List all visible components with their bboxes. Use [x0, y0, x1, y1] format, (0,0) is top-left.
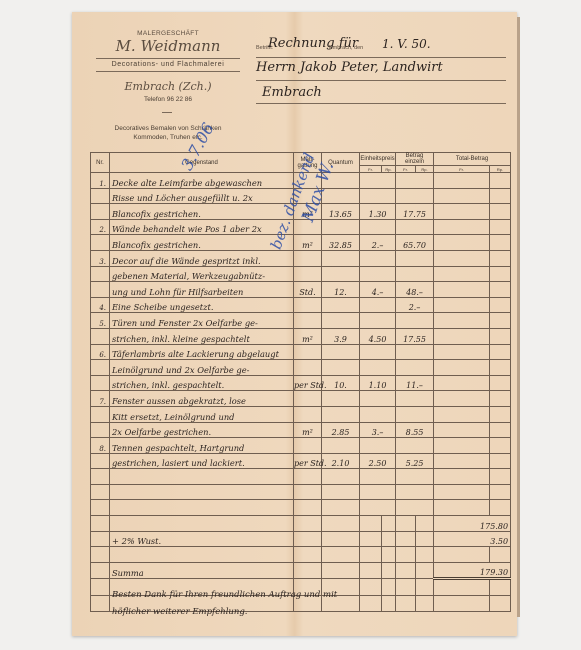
quantity [322, 266, 360, 282]
line-amount: 65.70 [396, 235, 434, 251]
divider [162, 112, 172, 113]
item-description: Leinölgrund und 2x Oelfarbe ge- [110, 360, 294, 376]
table-row: 3.Decor auf die Wände gespritzt inkl. [91, 250, 511, 266]
unit-price [360, 188, 396, 204]
table-row: 7.Fenster aussen abgekratzt, lose [91, 391, 511, 407]
quantity: 10. [322, 375, 360, 391]
unit-type [294, 438, 322, 454]
header-rp: Rp. [416, 166, 434, 173]
line-amount: 11.– [396, 375, 434, 391]
line [256, 103, 506, 104]
total-rp [490, 328, 511, 344]
item-description: Kitt ersetzt, Leinölgrund und [110, 406, 294, 422]
item-description: Täferlambris alte Lackierung abgelaugt [110, 344, 294, 360]
quantity [322, 500, 360, 516]
total-fr [434, 360, 490, 376]
total-fr [434, 438, 490, 454]
row-number [91, 500, 110, 516]
row-number: 1. [91, 173, 110, 189]
total-rp [490, 469, 511, 485]
total-fr [434, 266, 490, 282]
item-description [110, 484, 294, 500]
row-number: 8. [91, 438, 110, 454]
unit-price [360, 219, 396, 235]
quantity: 3.9 [322, 328, 360, 344]
total-rp [490, 235, 511, 251]
place-label: Embrach, den [329, 45, 363, 51]
total-rp [490, 500, 511, 516]
quantity: 2.85 [322, 422, 360, 438]
letterhead-trade: MALERGESCHÄFT [113, 30, 223, 37]
unit-type: m² [294, 235, 322, 251]
invoice-date: 1. V. 50. [382, 37, 431, 51]
unit-price [360, 484, 396, 500]
tax-value: 3.50 [434, 531, 511, 547]
unit-price [360, 438, 396, 454]
total-rp [490, 406, 511, 422]
item-description: Wände behandelt wie Pos 1 aber 2x [110, 219, 294, 235]
total-fr [434, 328, 490, 344]
total-rp [490, 188, 511, 204]
item-description: gestrichen, lasiert und lackiert. [110, 453, 294, 469]
unit-price [360, 500, 396, 516]
unit-price [360, 250, 396, 266]
line-amount [396, 344, 434, 360]
table-row: 6.Täferlambris alte Lackierung abgelaugt [91, 344, 511, 360]
unit-type [294, 406, 322, 422]
total-rp [490, 250, 511, 266]
quantity: 13.65 [322, 204, 360, 220]
total-fr [434, 484, 490, 500]
line [256, 80, 506, 81]
unit-type: m² [294, 422, 322, 438]
subtotal-row: 175.80 [91, 516, 511, 532]
line-amount: 5.25 [396, 453, 434, 469]
letterhead-city: Embrach (Zch.) [88, 80, 248, 93]
table-row: strichen, inkl. kleine gespachteltm²3.94… [91, 328, 511, 344]
row-number [91, 406, 110, 422]
item-description: Fenster aussen abgekratzt, lose [110, 391, 294, 407]
quantity [322, 391, 360, 407]
table-row: 8.Tennen gespachtelt, Hartgrund [91, 438, 511, 454]
line-amount [396, 313, 434, 329]
quantity: 2.10 [322, 453, 360, 469]
total-fr [434, 391, 490, 407]
item-description [110, 500, 294, 516]
unit-type [294, 297, 322, 313]
total-fr [434, 235, 490, 251]
total-fr [434, 188, 490, 204]
unit-type [294, 469, 322, 485]
letterhead-subtitle: Decorations- und Flachmalerei [88, 61, 248, 68]
item-description: Tennen gespachtelt, Hartgrund [110, 438, 294, 454]
row-number [91, 266, 110, 282]
unit-price [360, 173, 396, 189]
line-amount [396, 219, 434, 235]
row-number [91, 360, 110, 376]
line [256, 57, 506, 58]
unit-price: 4.– [360, 282, 396, 298]
line-amount [396, 500, 434, 516]
unit-type [294, 360, 322, 376]
total-fr [434, 219, 490, 235]
line-amount: 48.– [396, 282, 434, 298]
unit-type [294, 250, 322, 266]
total-rp [490, 313, 511, 329]
total-rp [490, 219, 511, 235]
item-description: 2x Oelfarbe gestrichen. [110, 422, 294, 438]
invoice-table: Nr. Gegenstand Maß-gattung Quantum Einhe… [90, 152, 511, 612]
tax-row: + 2% Wust. 3.50 [91, 531, 511, 547]
unit-price: 2.50 [360, 453, 396, 469]
total-rp [490, 391, 511, 407]
total-fr [434, 173, 490, 189]
table-row: strichen, inkl. gespachtelt.per Std.10.1… [91, 375, 511, 391]
row-number: 3. [91, 250, 110, 266]
header-unit-price: Einheitspreis [360, 153, 396, 166]
item-description: Türen und Fenster 2x Oelfarbe ge- [110, 313, 294, 329]
footer-line-1: Besten Dank für Ihren freundlichen Auftr… [112, 590, 337, 600]
quantity [322, 360, 360, 376]
header-fr: Fr. [360, 166, 382, 173]
row-number: 4. [91, 297, 110, 313]
row-number [91, 375, 110, 391]
total-rp [490, 344, 511, 360]
specialty-line-2: Kommoden, Truhen etc. [88, 133, 248, 142]
item-description: Eine Scheibe ungesetzt. [110, 297, 294, 313]
invoice-sheet: MALERGESCHÄFT M. Weidmann Decorations- u… [72, 12, 517, 636]
item-description: Blancofix gestrichen. [110, 204, 294, 220]
line-amount [396, 484, 434, 500]
unit-price: 3.– [360, 422, 396, 438]
table-row: 5.Türen und Fenster 2x Oelfarbe ge- [91, 313, 511, 329]
unit-type [294, 344, 322, 360]
subtotal-value: 175.80 [434, 516, 511, 532]
total-fr [434, 453, 490, 469]
line-amount [396, 438, 434, 454]
footer-line-2: höflicher weiterer Empfehlung. [112, 607, 248, 617]
row-number [91, 235, 110, 251]
quantity [322, 250, 360, 266]
total-fr [434, 375, 490, 391]
row-number [91, 469, 110, 485]
table-row [91, 469, 511, 485]
unit-type: per Std. [294, 375, 322, 391]
item-description [110, 469, 294, 485]
total-rp [490, 173, 511, 189]
row-number: 6. [91, 344, 110, 360]
header-rp: Rp. [382, 166, 396, 173]
line-amount [396, 266, 434, 282]
row-number: 7. [91, 391, 110, 407]
quantity [322, 219, 360, 235]
header-amount: Betrag einzeln [396, 153, 434, 166]
line-amount: 17.55 [396, 328, 434, 344]
quantity [322, 297, 360, 313]
unit-price: 1.10 [360, 375, 396, 391]
line-amount [396, 406, 434, 422]
line-amount [396, 188, 434, 204]
header-rp: Rp. [490, 166, 511, 173]
specialty-line-1: Decoratives Bemalen von Schränken [88, 124, 248, 133]
unit-type [294, 500, 322, 516]
quantity [322, 438, 360, 454]
header-fr: Fr. [396, 166, 416, 173]
row-number [91, 484, 110, 500]
table-row: 2.Wände behandelt wie Pos 1 aber 2x [91, 219, 511, 235]
table-row: gestrichen, lasiert und lackiert.per Std… [91, 453, 511, 469]
divider [96, 58, 240, 59]
unit-price [360, 469, 396, 485]
total-rp [490, 204, 511, 220]
recipient-line-1: Herrn Jakob Peter, Landwirt [256, 60, 443, 75]
blank-row [91, 547, 511, 563]
total-rp [490, 297, 511, 313]
quantity [322, 313, 360, 329]
item-description: ung und Lohn für Hilfsarbeiten [110, 282, 294, 298]
row-number [91, 453, 110, 469]
unit-price [360, 297, 396, 313]
total-rp [490, 484, 511, 500]
line-amount: 8.55 [396, 422, 434, 438]
unit-price [360, 344, 396, 360]
total-fr [434, 406, 490, 422]
unit-price [360, 391, 396, 407]
table-row [91, 484, 511, 500]
unit-type [294, 391, 322, 407]
total-rp [490, 422, 511, 438]
total-rp [490, 282, 511, 298]
line-amount [396, 250, 434, 266]
item-description: gebenen Material, Werkzeugabnütz- [110, 266, 294, 282]
item-description: Risse und Löcher ausgefüllt u. 2x [110, 188, 294, 204]
unit-price: 4.50 [360, 328, 396, 344]
item-description: Blancofix gestrichen. [110, 235, 294, 251]
quantity [322, 469, 360, 485]
total-rp [490, 438, 511, 454]
table-row: Kitt ersetzt, Leinölgrund und [91, 406, 511, 422]
unit-price [360, 313, 396, 329]
sum-label: Summa [110, 562, 294, 579]
total-fr [434, 469, 490, 485]
header-fr: Fr. [434, 166, 490, 173]
quantity [322, 406, 360, 422]
table-row: gebenen Material, Werkzeugabnütz- [91, 266, 511, 282]
line-amount [396, 173, 434, 189]
line-amount: 17.75 [396, 204, 434, 220]
quantity [322, 484, 360, 500]
sum-row: Summa 179.30 [91, 562, 511, 579]
total-fr [434, 282, 490, 298]
total-fr [434, 344, 490, 360]
letterhead-specialty: Decoratives Bemalen von Schränken Kommod… [88, 124, 248, 142]
unit-type: Std. [294, 282, 322, 298]
total-fr [434, 250, 490, 266]
table-row: 2x Oelfarbe gestrichen.m²2.853.–8.55 [91, 422, 511, 438]
quantity: 12. [322, 282, 360, 298]
table-row: Leinölgrund und 2x Oelfarbe ge- [91, 360, 511, 376]
row-number [91, 422, 110, 438]
header-total: Total-Betrag [434, 153, 511, 166]
line-amount [396, 391, 434, 407]
tax-label: + 2% Wust. [110, 531, 294, 547]
row-number [91, 282, 110, 298]
item-description: Decor auf die Wände gespritzt inkl. [110, 250, 294, 266]
quantity: 32.85 [322, 235, 360, 251]
item-description: strichen, inkl. gespachtelt. [110, 375, 294, 391]
unit-price [360, 360, 396, 376]
recipient-line-2: Embrach [262, 85, 322, 100]
table-row [91, 500, 511, 516]
unit-price [360, 266, 396, 282]
total-fr [434, 313, 490, 329]
total-rp [490, 375, 511, 391]
row-number: 5. [91, 313, 110, 329]
total-fr [434, 500, 490, 516]
row-number [91, 204, 110, 220]
row-number [91, 328, 110, 344]
unit-type [294, 484, 322, 500]
item-description: strichen, inkl. kleine gespachtelt [110, 328, 294, 344]
table-row: Blancofix gestrichen.m²32.852.–65.70 [91, 235, 511, 251]
total-rp [490, 453, 511, 469]
unit-type [294, 266, 322, 282]
divider [96, 71, 240, 72]
unit-price: 2.– [360, 235, 396, 251]
unit-type: per Std. [294, 453, 322, 469]
sum-value: 179.30 [434, 562, 511, 579]
total-fr [434, 297, 490, 313]
unit-type [294, 313, 322, 329]
unit-type: m² [294, 328, 322, 344]
item-description: Decke alte Leimfarbe abgewaschen [110, 173, 294, 189]
header-nr: Nr. [91, 153, 110, 173]
line-amount: 2.– [396, 297, 434, 313]
total-rp [490, 360, 511, 376]
line-amount [396, 469, 434, 485]
letterhead-phone: Telefon 96 22 86 [88, 96, 248, 103]
quantity [322, 344, 360, 360]
row-number: 2. [91, 219, 110, 235]
letterhead-name: M. Weidmann [88, 37, 248, 55]
row-number [91, 188, 110, 204]
line-amount [396, 360, 434, 376]
unit-price [360, 406, 396, 422]
total-fr [434, 204, 490, 220]
total-fr [434, 422, 490, 438]
unit-price: 1.30 [360, 204, 396, 220]
total-rp [490, 266, 511, 282]
table-row: ung und Lohn für HilfsarbeitenStd.12.4.–… [91, 282, 511, 298]
table-row: 4.Eine Scheibe ungesetzt.2.– [91, 297, 511, 313]
